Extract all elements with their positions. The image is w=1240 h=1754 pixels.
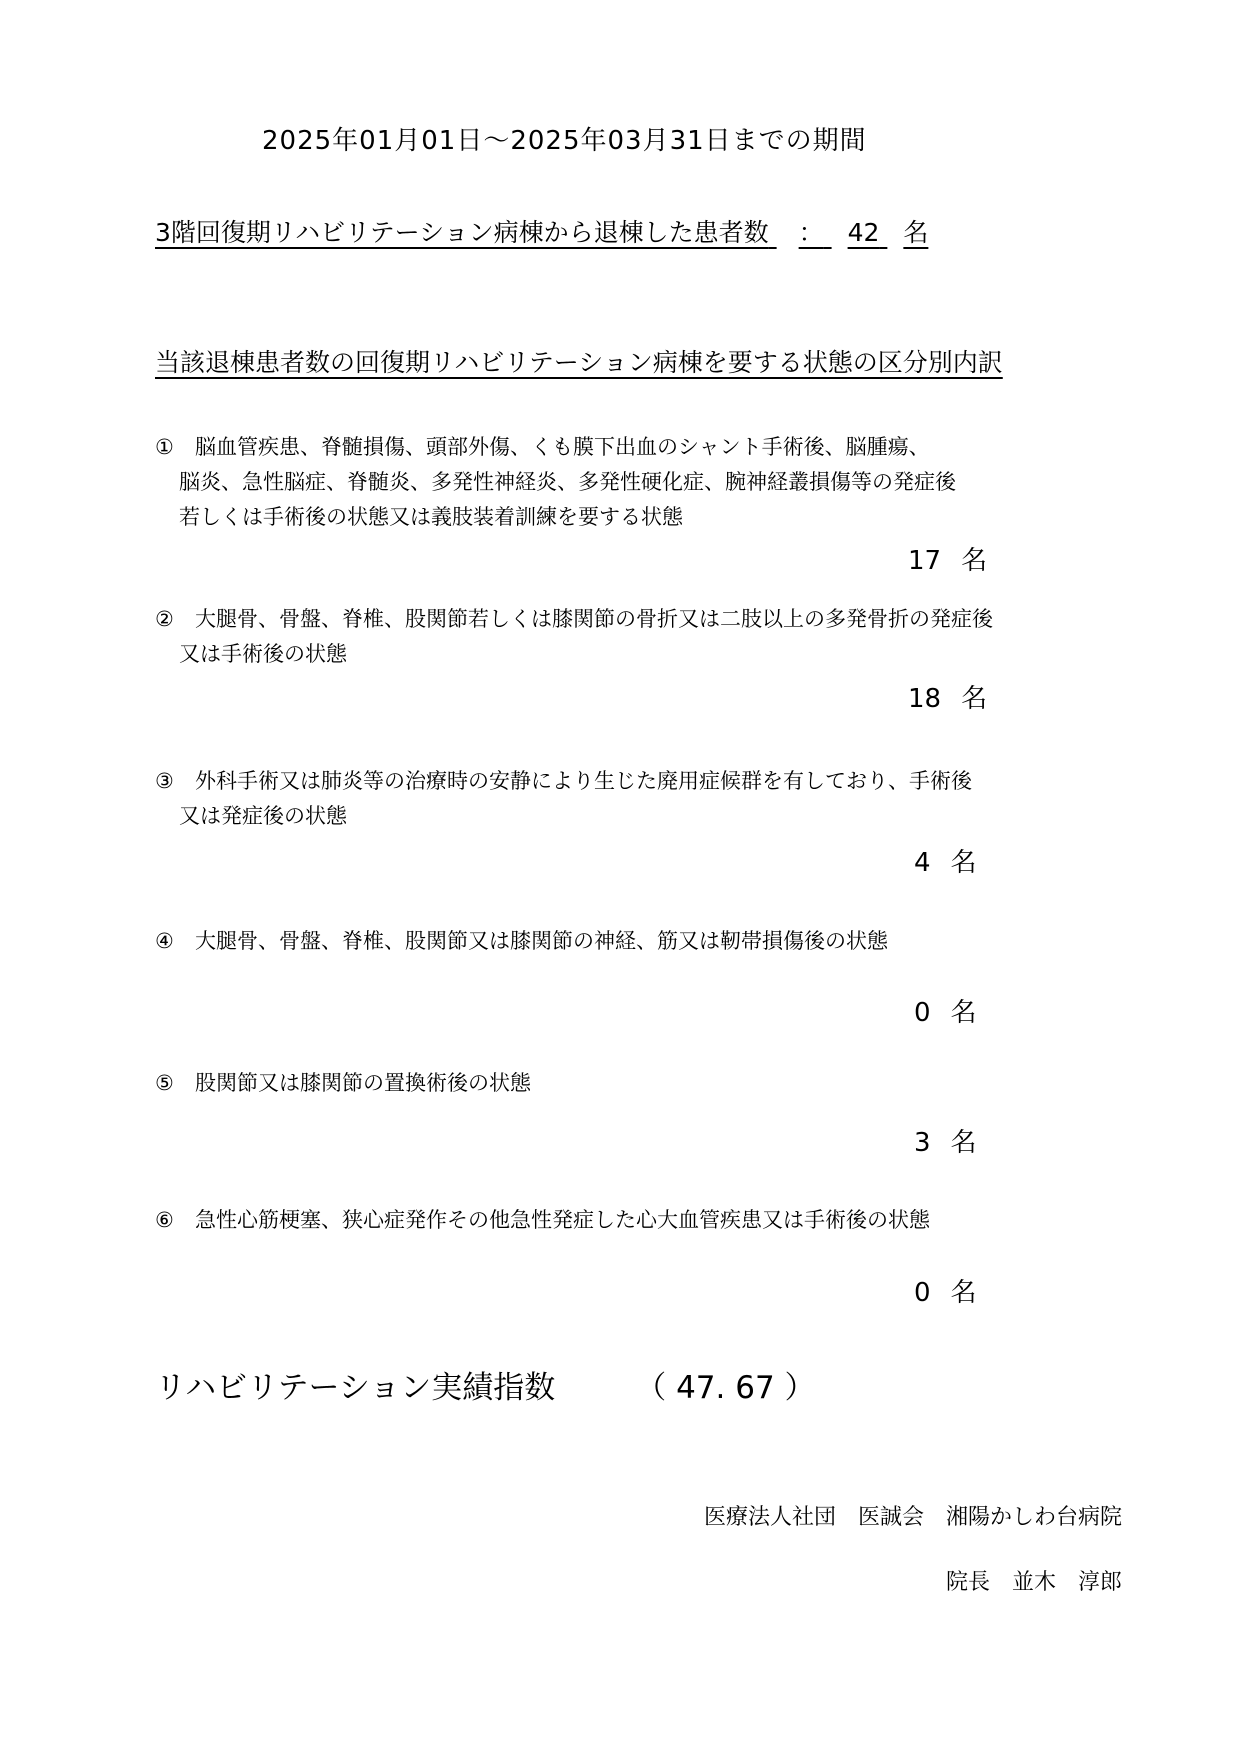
item-text-line: 股関節又は膝関節の置換術後の状態 [195, 1071, 531, 1095]
period-title: 2025年01月01日～2025年03月31日までの期間 [262, 120, 867, 157]
breakdown-title: 当該退棟患者数の回復期リハビリテーション病棟を要する状態の区分別内訳 [155, 343, 1003, 379]
category-count-4: 0名 [914, 992, 977, 1029]
item-number: ⑤ [155, 1066, 195, 1101]
count-unit: 名 [961, 546, 987, 576]
discharged-count-heading: 3階回復期リハビリテーション病棟から退棟した患者数 ： 42 名 [155, 213, 928, 249]
category-count-1: 17名 [908, 540, 987, 577]
count-value: 3 [914, 1128, 931, 1158]
category-item-4: ④大腿骨、骨盤、脊椎、股関節又は膝関節の神経、筋又は靭帯損傷後の状態 [155, 924, 888, 959]
count-value: 0 [914, 998, 931, 1028]
category-count-5: 3名 [914, 1122, 977, 1159]
item-text-line: 外科手術又は肺炎等の治療時の安静により生じた廃用症候群を有しており、手術後 [195, 769, 972, 793]
item-text-line: 脳血管疾患、脊髄損傷、頭部外傷、くも膜下出血のシャント手術後、脳腫瘍、 [195, 435, 930, 459]
director-name: 院長 並木 淳郎 [946, 1565, 1122, 1596]
rehab-index-value: （ 47. 67 ） [635, 1370, 815, 1406]
rehab-index-label: リハビリテーション実績指数 [155, 1370, 555, 1406]
item-text-line: 又は発症後の状態 [155, 799, 972, 834]
count-unit: 名 [961, 684, 987, 714]
item-number: ① [155, 430, 195, 465]
count-value: 4 [914, 848, 931, 878]
item-text-line: 脳炎、急性脳症、脊髄炎、多発性神経炎、多発性硬化症、腕神経叢損傷等の発症後 [155, 465, 956, 500]
item-text-line: 若しくは手術後の状態又は義肢装着訓練を要する状態 [155, 500, 956, 535]
item-text-line: 大腿骨、骨盤、脊椎、股関節若しくは膝関節の骨折又は二肢以上の多発骨折の発症後 [195, 607, 993, 631]
separator: ： [799, 218, 824, 247]
discharged-label: 3階回復期リハビリテーション病棟から退棟した患者数 [155, 218, 769, 247]
category-count-6: 0名 [914, 1272, 977, 1309]
count-unit: 名 [951, 998, 977, 1028]
organization-name: 医療法人社団 医誠会 湘陽かしわ台病院 [704, 1500, 1122, 1531]
category-item-6: ⑥急性心筋梗塞、狭心症発作その他急性発症した心大血管疾患又は手術後の状態 [155, 1203, 930, 1238]
item-text-line: 又は手術後の状態 [155, 637, 993, 672]
category-item-5: ⑤股関節又は膝関節の置換術後の状態 [155, 1066, 531, 1101]
item-text-line: 急性心筋梗塞、狭心症発作その他急性発症した心大血管疾患又は手術後の状態 [195, 1208, 930, 1232]
item-number: ③ [155, 764, 195, 799]
category-item-3: ③外科手術又は肺炎等の治療時の安静により生じた廃用症候群を有しており、手術後 又… [155, 764, 972, 834]
count-value: 17 [908, 546, 941, 576]
discharged-unit: 名 [903, 218, 928, 247]
count-unit: 名 [951, 848, 977, 878]
count-value: 0 [914, 1278, 931, 1308]
category-count-2: 18名 [908, 678, 987, 715]
item-number: ④ [155, 924, 195, 959]
category-count-3: 4名 [914, 842, 977, 879]
category-item-2: ②大腿骨、骨盤、脊椎、股関節若しくは膝関節の骨折又は二肢以上の多発骨折の発症後 … [155, 602, 993, 672]
item-text-line: 大腿骨、骨盤、脊椎、股関節又は膝関節の神経、筋又は靭帯損傷後の状態 [195, 929, 888, 953]
item-number: ② [155, 602, 195, 637]
count-unit: 名 [951, 1128, 977, 1158]
rehab-index: リハビリテーション実績指数（ 47. 67 ） [155, 1362, 816, 1407]
discharged-value: 42 [848, 218, 880, 247]
count-unit: 名 [951, 1278, 977, 1308]
count-value: 18 [908, 684, 941, 714]
item-number: ⑥ [155, 1203, 195, 1238]
category-item-1: ①脳血管疾患、脊髄損傷、頭部外傷、くも膜下出血のシャント手術後、脳腫瘍、 脳炎、… [155, 430, 956, 535]
